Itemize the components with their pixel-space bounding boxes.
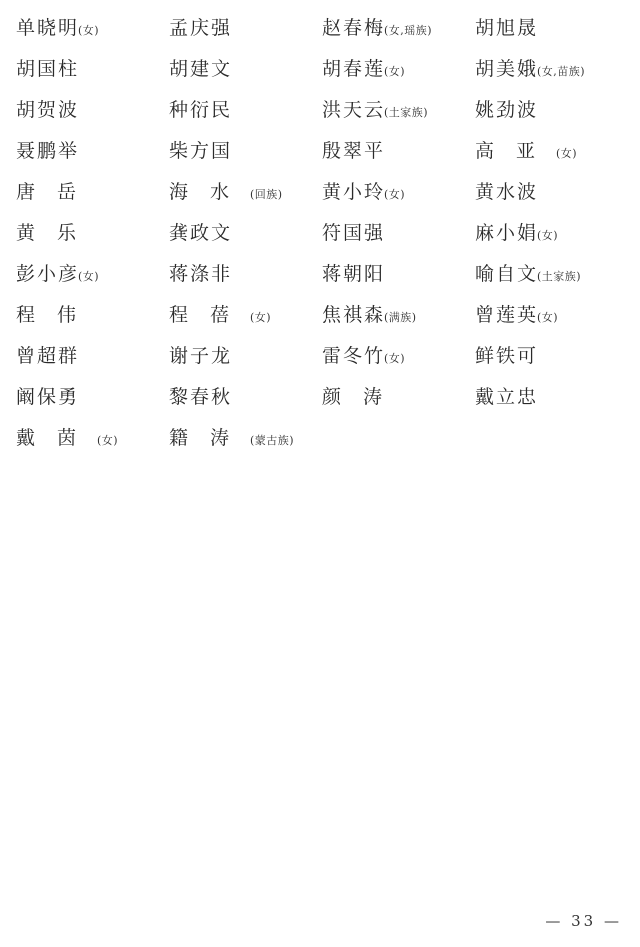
person-name: 麻小娟 [475, 224, 538, 243]
name-entry: 单晓明(女) [16, 19, 169, 38]
name-row: 胡贺波 种衍民 洪天云(土家族) 姚劲波 [16, 90, 636, 131]
name-entry: 曾超群 [16, 347, 169, 366]
person-name: 柴方国 [169, 142, 232, 161]
person-name: 胡贺波 [16, 101, 79, 120]
name-entry: 颜涛 [322, 388, 475, 407]
name-row: 唐岳 海水(回族) 黄小玲(女) 黄水波 [16, 172, 636, 213]
name-entry: 黄小玲(女) [322, 183, 475, 202]
person-note: (蒙古族) [250, 432, 294, 448]
person-name: 程伟 [16, 306, 98, 325]
person-name: 黎春秋 [169, 388, 232, 407]
name-entry: 黄乐 [16, 224, 169, 243]
person-note: (女) [537, 227, 558, 243]
name-entry: 种衍民 [169, 101, 322, 120]
person-name: 胡春莲 [322, 60, 385, 79]
person-name: 符国强 [322, 224, 385, 243]
name-row: 聂鹏举 柴方国 殷翠平 高亚(女) [16, 131, 636, 172]
person-note: (女) [384, 63, 405, 79]
name-entry: 喻自文(土家族) [475, 265, 635, 284]
name-entry: 海水(回族) [169, 183, 322, 202]
person-note: (女) [556, 145, 577, 161]
name-entry: 谢子龙 [169, 347, 322, 366]
name-row: 程伟 程蓓(女) 焦祺森(满族) 曾莲英(女) [16, 295, 636, 336]
name-entry: 聂鹏举 [16, 142, 169, 161]
person-name: 海水 [169, 183, 251, 202]
person-name: 孟庆强 [169, 19, 232, 38]
person-name: 颜涛 [322, 388, 404, 407]
name-entry: 胡国柱 [16, 60, 169, 79]
person-name: 鲜铁可 [475, 347, 538, 366]
name-entry: 籍涛(蒙古族) [169, 429, 322, 448]
name-list: 单晓明(女) 孟庆强 赵春梅(女,瑶族) 胡旭晟 胡国柱 胡建文 胡春莲(女) … [16, 8, 636, 459]
person-note: (女) [250, 309, 271, 325]
person-name: 殷翠平 [322, 142, 385, 161]
name-entry: 黄水波 [475, 183, 635, 202]
name-entry: 孟庆强 [169, 19, 322, 38]
name-entry: 黎春秋 [169, 388, 322, 407]
name-entry: 曾莲英(女) [475, 306, 635, 325]
person-name: 黄水波 [475, 183, 538, 202]
name-entry: 胡贺波 [16, 101, 169, 120]
name-entry: 戴茵(女) [16, 429, 169, 448]
person-note: (土家族) [384, 104, 428, 120]
person-name: 曾超群 [16, 347, 79, 366]
name-row: 单晓明(女) 孟庆强 赵春梅(女,瑶族) 胡旭晟 [16, 8, 636, 49]
person-note: (满族) [384, 309, 417, 325]
name-row: 彭小彦(女) 蒋涤非 蒋朝阳 喻自文(土家族) [16, 254, 636, 295]
name-row: 黄乐 龚政文 符国强 麻小娟(女) [16, 213, 636, 254]
person-name: 洪天云 [322, 101, 385, 120]
person-name: 种衍民 [169, 101, 232, 120]
name-entry: 符国强 [322, 224, 475, 243]
person-name: 胡旭晟 [475, 19, 538, 38]
person-name: 胡美娥 [475, 60, 538, 79]
person-name: 黄乐 [16, 224, 98, 243]
name-entry: 蒋朝阳 [322, 265, 475, 284]
person-name: 赵春梅 [322, 19, 385, 38]
name-entry: 麻小娟(女) [475, 224, 635, 243]
person-name: 谢子龙 [169, 347, 232, 366]
person-note: (女) [384, 350, 405, 366]
name-entry: 柴方国 [169, 142, 322, 161]
person-name: 程蓓 [169, 306, 251, 325]
person-name: 阚保勇 [16, 388, 79, 407]
person-note: (女) [78, 22, 99, 38]
name-row: 曾超群 谢子龙 雷冬竹(女) 鲜铁可 [16, 336, 636, 377]
person-name: 胡国柱 [16, 60, 79, 79]
name-row: 胡国柱 胡建文 胡春莲(女) 胡美娥(女,苗族) [16, 49, 636, 90]
name-entry: 高亚(女) [475, 142, 635, 161]
person-name: 曾莲英 [475, 306, 538, 325]
page-number: — 33 — [545, 912, 622, 930]
name-entry: 戴立忠 [475, 388, 635, 407]
name-row: 戴茵(女) 籍涛(蒙古族) [16, 418, 636, 459]
name-entry: 彭小彦(女) [16, 265, 169, 284]
name-entry: 胡美娥(女,苗族) [475, 60, 635, 79]
name-entry: 唐岳 [16, 183, 169, 202]
person-name: 龚政文 [169, 224, 232, 243]
person-name: 蒋涤非 [169, 265, 232, 284]
person-name: 蒋朝阳 [322, 265, 385, 284]
person-note: (女,瑶族) [384, 22, 432, 38]
person-name: 聂鹏举 [16, 142, 79, 161]
name-entry: 殷翠平 [322, 142, 475, 161]
person-name: 戴茵 [16, 429, 98, 448]
person-name: 喻自文 [475, 265, 538, 284]
name-entry: 胡旭晟 [475, 19, 635, 38]
name-entry: 洪天云(土家族) [322, 101, 475, 120]
name-entry: 姚劲波 [475, 101, 635, 120]
person-name: 雷冬竹 [322, 347, 385, 366]
person-name: 胡建文 [169, 60, 232, 79]
person-name: 籍涛 [169, 429, 251, 448]
person-note: (女) [78, 268, 99, 284]
person-name: 唐岳 [16, 183, 98, 202]
person-note: (土家族) [537, 268, 581, 284]
person-name: 焦祺森 [322, 306, 385, 325]
person-name: 戴立忠 [475, 388, 538, 407]
person-note: (回族) [250, 186, 283, 202]
person-name: 单晓明 [16, 19, 79, 38]
person-name: 黄小玲 [322, 183, 385, 202]
name-entry: 蒋涤非 [169, 265, 322, 284]
person-name: 彭小彦 [16, 265, 79, 284]
name-entry: 胡春莲(女) [322, 60, 475, 79]
name-entry: 赵春梅(女,瑶族) [322, 19, 475, 38]
person-note: (女) [537, 309, 558, 325]
person-note: (女,苗族) [537, 63, 585, 79]
name-row: 阚保勇 黎春秋 颜涛 戴立忠 [16, 377, 636, 418]
person-note: (女) [97, 432, 118, 448]
name-entry: 龚政文 [169, 224, 322, 243]
name-entry: 阚保勇 [16, 388, 169, 407]
person-name: 姚劲波 [475, 101, 538, 120]
person-note: (女) [384, 186, 405, 202]
name-entry: 雷冬竹(女) [322, 347, 475, 366]
name-entry: 程蓓(女) [169, 306, 322, 325]
name-entry: 鲜铁可 [475, 347, 635, 366]
name-entry: 程伟 [16, 306, 169, 325]
name-entry: 胡建文 [169, 60, 322, 79]
name-entry: 焦祺森(满族) [322, 306, 475, 325]
person-name: 高亚 [475, 142, 557, 161]
